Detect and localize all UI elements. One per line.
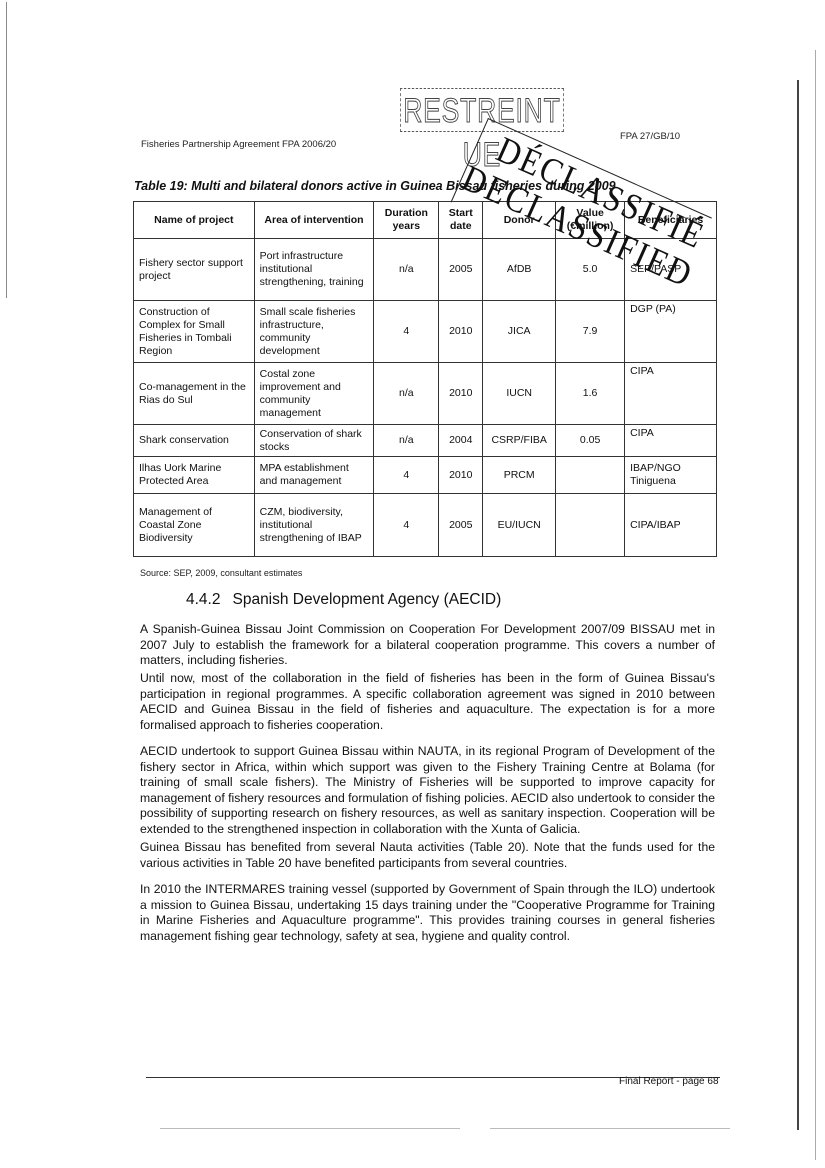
cell-area: MPA establishment and management <box>254 457 374 494</box>
cell-donor: IUCN <box>483 363 556 425</box>
cell-duration: 4 <box>374 301 439 363</box>
cell-duration: 4 <box>374 457 439 494</box>
restreint-ue-stamp: RESTREINT UE <box>400 88 564 132</box>
cell-donor: PRCM <box>483 457 556 494</box>
col-header-beneficiaries: Beneficiaries <box>625 202 717 239</box>
table-row: Ilhas Uork Marine Protected AreaMPA esta… <box>134 457 717 494</box>
paragraph: In 2010 the INTERMARES training vessel (… <box>140 882 715 944</box>
table-source: Source: SEP, 2009, consultant estimates <box>140 568 302 578</box>
paragraph: A Spanish-Guinea Bissau Joint Commission… <box>140 622 715 669</box>
cell-duration: n/a <box>374 425 439 457</box>
cell-duration: 4 <box>374 494 439 557</box>
table-row: Management of Coastal Zone BiodiversityC… <box>134 494 717 557</box>
cell-duration: n/a <box>374 239 439 301</box>
section-heading: 4.4.2Spanish Development Agency (AECID) <box>186 591 501 609</box>
section-title: Spanish Development Agency (AECID) <box>232 591 501 608</box>
table-title: Table 19: Multi and bilateral donors act… <box>134 179 616 193</box>
cell-donor: CSRP/FIBA <box>483 425 556 457</box>
cell-value: 1.6 <box>556 363 625 425</box>
cell-beneficiaries: CIPA <box>625 425 717 457</box>
table-row: Co-management in the Rias do SulCostal z… <box>134 363 717 425</box>
col-header-area: Area of intervention <box>254 202 374 239</box>
table-row: Fishery sector support projectPort infra… <box>134 239 717 301</box>
cell-name: Fishery sector support project <box>134 239 255 301</box>
cell-donor: JICA <box>483 301 556 363</box>
col-header-name: Name of project <box>134 202 255 239</box>
cell-area: Small scale fisheries infrastructure, co… <box>254 301 374 363</box>
cell-start: 2010 <box>439 363 483 425</box>
cell-name: Construction of Complex for Small Fisher… <box>134 301 255 363</box>
cell-start: 2004 <box>439 425 483 457</box>
cell-beneficiaries: DGP (PA) <box>625 301 717 363</box>
scan-edge-right-outer <box>815 50 816 1160</box>
cell-beneficiaries: SEP/PASP <box>625 239 717 301</box>
section-number: 4.4.2 <box>186 591 220 608</box>
scan-noise <box>160 1128 460 1129</box>
cell-beneficiaries: CIPA <box>625 363 717 425</box>
cell-name: Management of Coastal Zone Biodiversity <box>134 494 255 557</box>
cell-duration: n/a <box>374 363 439 425</box>
footer-page-label: Final Report - page 68 <box>619 1076 719 1087</box>
donors-table: Name of project Area of intervention Dur… <box>133 201 717 557</box>
cell-name: Co-management in the Rias do Sul <box>134 363 255 425</box>
running-header-right: FPA 27/GB/10 <box>620 131 680 142</box>
cell-beneficiaries: CIPA/IBAP <box>625 494 717 557</box>
cell-donor: EU/IUCN <box>483 494 556 557</box>
table-row: Construction of Complex for Small Fisher… <box>134 301 717 363</box>
table-header-row: Name of project Area of intervention Dur… <box>134 202 717 239</box>
col-header-duration: Duration years <box>374 202 439 239</box>
scan-edge-left <box>6 2 7 298</box>
col-header-value: Value (€million) <box>556 202 625 239</box>
col-header-start: Start date <box>439 202 483 239</box>
cell-name: Ilhas Uork Marine Protected Area <box>134 457 255 494</box>
cell-area: CZM, biodiversity, institutional strengt… <box>254 494 374 557</box>
cell-value: 7.9 <box>556 301 625 363</box>
running-header-left: Fisheries Partnership Agreement FPA 2006… <box>141 139 336 150</box>
cell-start: 2005 <box>439 239 483 301</box>
cell-value <box>556 457 625 494</box>
cell-value: 0.05 <box>556 425 625 457</box>
table-row: Shark conservationConservation of shark … <box>134 425 717 457</box>
cell-value <box>556 494 625 557</box>
cell-start: 2010 <box>439 301 483 363</box>
col-header-donor: Donor <box>483 202 556 239</box>
cell-value: 5.0 <box>556 239 625 301</box>
paragraph: AECID undertook to support Guinea Bissau… <box>140 744 715 838</box>
cell-name: Shark conservation <box>134 425 255 457</box>
cell-beneficiaries: IBAP/NGO Tiniguena <box>625 457 717 494</box>
paragraph: Guinea Bissau has benefited from several… <box>140 840 715 871</box>
paragraph: Until now, most of the collaboration in … <box>140 671 715 733</box>
cell-area: Costal zone improvement and community ma… <box>254 363 374 425</box>
scan-edge-right <box>797 80 799 1130</box>
cell-area: Port infrastructure institutional streng… <box>254 239 374 301</box>
cell-start: 2010 <box>439 457 483 494</box>
scan-noise <box>490 1128 730 1129</box>
cell-donor: AfDB <box>483 239 556 301</box>
cell-area: Conservation of shark stocks <box>254 425 374 457</box>
cell-start: 2005 <box>439 494 483 557</box>
